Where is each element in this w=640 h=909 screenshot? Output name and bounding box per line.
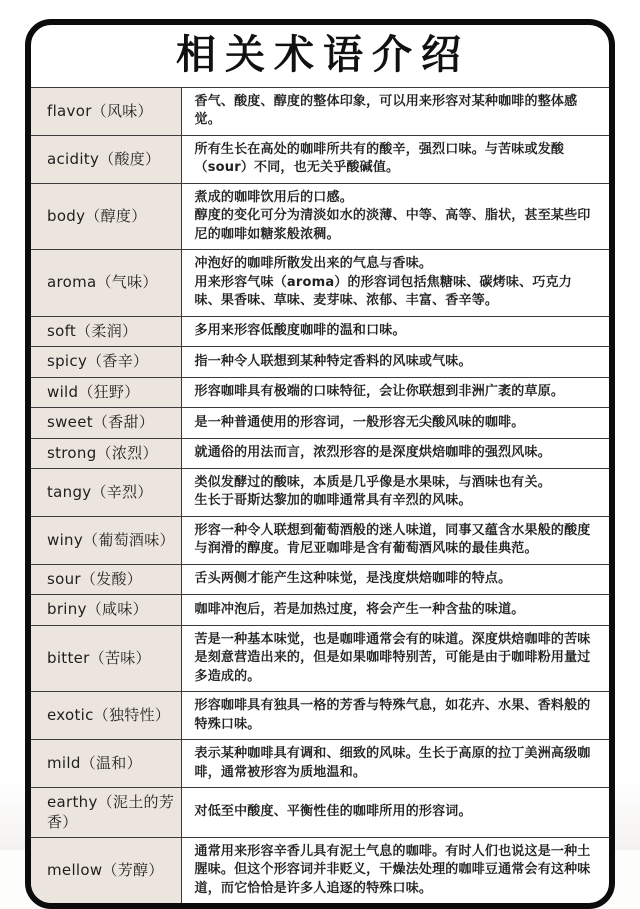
term-cell: flavor（风味） (31, 88, 181, 136)
table-row: winy（葡萄酒味）形容一种令人联想到葡萄酒般的迷人味道，同事又蕴含水果般的酸度… (31, 516, 609, 564)
table-row: sweet（香甜）是一种普通使用的形容词，一般形容无尖酸风味的咖啡。 (31, 408, 609, 439)
description-cell: 对低至中酸度、平衡性佳的咖啡所用的形容词。 (181, 788, 609, 838)
table-row: mild（温和）表示某种咖啡具有调和、细致的风味。生长于高原的拉丁美洲高级咖啡，… (31, 740, 609, 788)
term-cell: acidity（酸度） (31, 135, 181, 183)
table-row: wild（狂野）形容咖啡具有极端的口味特征，会让你联想到非洲广袤的草原。 (31, 377, 609, 408)
term-cell: briny（咸味） (31, 595, 181, 626)
term-cell: strong（浓烈） (31, 438, 181, 469)
term-cell: bitter（苦味） (31, 625, 181, 691)
description-cell: 形容一种令人联想到葡萄酒般的迷人味道，同事又蕴含水果般的酸度与润滑的醇度。肯尼亚… (181, 516, 609, 564)
description-cell: 香气、酸度、醇度的整体印象，可以用来形容对某种咖啡的整体感觉。 (181, 88, 609, 136)
table-row: earthy（泥土的芳香）对低至中酸度、平衡性佳的咖啡所用的形容词。 (31, 788, 609, 838)
table-row: briny（咸味）咖啡冲泡后，若是加热过度，将会产生一种含盐的味道。 (31, 595, 609, 626)
terms-table-body: flavor（风味）香气、酸度、醇度的整体印象，可以用来形容对某种咖啡的整体感觉… (31, 88, 609, 904)
description-cell: 舌头两侧才能产生这种味觉，是浅度烘焙咖啡的特点。 (181, 564, 609, 595)
terms-card: 相关术语介绍 flavor（风味）香气、酸度、醇度的整体印象，可以用来形容对某种… (25, 19, 615, 909)
table-row: body（醇度）煮成的咖啡饮用后的口感。 醇度的变化可分为清淡如水的淡薄、中等、… (31, 183, 609, 249)
table-row: soft（柔润）多用来形容低酸度咖啡的温和口味。 (31, 316, 609, 347)
description-cell: 咖啡冲泡后，若是加热过度，将会产生一种含盐的味道。 (181, 595, 609, 626)
term-cell: body（醇度） (31, 183, 181, 249)
page-background: 相关术语介绍 flavor（风味）香气、酸度、醇度的整体印象，可以用来形容对某种… (0, 0, 640, 850)
term-cell: mild（温和） (31, 740, 181, 788)
description-cell: 就通俗的用法而言，浓烈形容的是深度烘焙咖啡的强烈风味。 (181, 438, 609, 469)
table-row: strong（浓烈）就通俗的用法而言，浓烈形容的是深度烘焙咖啡的强烈风味。 (31, 438, 609, 469)
table-row: aroma（气味）冲泡好的咖啡所散发出来的气息与香味。 用来形容气味（aroma… (31, 250, 609, 316)
term-cell: sweet（香甜） (31, 408, 181, 439)
table-row: spicy（香辛）指一种令人联想到某种特定香料的风味或气味。 (31, 347, 609, 378)
description-cell: 指一种令人联想到某种特定香料的风味或气味。 (181, 347, 609, 378)
table-row: tangy（辛烈）类似发酵过的酸味，本质是几乎像是水果味，与酒味也有关。 生长于… (31, 469, 609, 517)
term-cell: spicy（香辛） (31, 347, 181, 378)
description-cell: 类似发酵过的酸味，本质是几乎像是水果味，与酒味也有关。 生长于哥斯达黎加的咖啡通… (181, 469, 609, 517)
term-cell: tangy（辛烈） (31, 469, 181, 517)
description-cell: 所有生长在高处的咖啡所共有的酸辛，强烈口味。与苦味或发酸（sour）不同，也无关… (181, 135, 609, 183)
table-row: exotic（独特性）形容咖啡具有独具一格的芳香与特殊气息，如花卉、水果、香料般… (31, 692, 609, 740)
description-cell: 形容咖啡具有独具一格的芳香与特殊气息，如花卉、水果、香料般的特殊口味。 (181, 692, 609, 740)
term-cell: soft（柔润） (31, 316, 181, 347)
description-cell: 多用来形容低酸度咖啡的温和口味。 (181, 316, 609, 347)
terms-table: flavor（风味）香气、酸度、醇度的整体印象，可以用来形容对某种咖啡的整体感觉… (31, 87, 609, 903)
table-row: sour（发酸）舌头两侧才能产生这种味觉，是浅度烘焙咖啡的特点。 (31, 564, 609, 595)
term-cell: aroma（气味） (31, 250, 181, 316)
description-cell: 苦是一种基本味觉，也是咖啡通常会有的味道。深度烘焙咖啡的苦味是刻意营造出来的，但… (181, 625, 609, 691)
term-cell: mellow（芳醇） (31, 838, 181, 904)
term-cell: earthy（泥土的芳香） (31, 788, 181, 838)
description-cell: 形容咖啡具有极端的口味特征，会让你联想到非洲广袤的草原。 (181, 377, 609, 408)
table-row: mellow（芳醇）通常用来形容辛香儿具有泥土气息的咖啡。有时人们也说这是一种土… (31, 838, 609, 904)
description-cell: 是一种普通使用的形容词，一般形容无尖酸风味的咖啡。 (181, 408, 609, 439)
term-cell: wild（狂野） (31, 377, 181, 408)
term-cell: sour（发酸） (31, 564, 181, 595)
description-cell: 通常用来形容辛香儿具有泥土气息的咖啡。有时人们也说这是一种土腥味。但这个形容词并… (181, 838, 609, 904)
table-row: acidity（酸度）所有生长在高处的咖啡所共有的酸辛，强烈口味。与苦味或发酸（… (31, 135, 609, 183)
term-cell: winy（葡萄酒味） (31, 516, 181, 564)
description-cell: 冲泡好的咖啡所散发出来的气息与香味。 用来形容气味（aroma）的形容词包括焦糖… (181, 250, 609, 316)
table-row: flavor（风味）香气、酸度、醇度的整体印象，可以用来形容对某种咖啡的整体感觉… (31, 88, 609, 136)
description-cell: 煮成的咖啡饮用后的口感。 醇度的变化可分为清淡如水的淡薄、中等、高等、脂状，甚至… (181, 183, 609, 249)
table-row: bitter（苦味）苦是一种基本味觉，也是咖啡通常会有的味道。深度烘焙咖啡的苦味… (31, 625, 609, 691)
page-title: 相关术语介绍 (31, 25, 609, 87)
term-cell: exotic（独特性） (31, 692, 181, 740)
description-cell: 表示某种咖啡具有调和、细致的风味。生长于高原的拉丁美洲高级咖啡，通常被形容为质地… (181, 740, 609, 788)
